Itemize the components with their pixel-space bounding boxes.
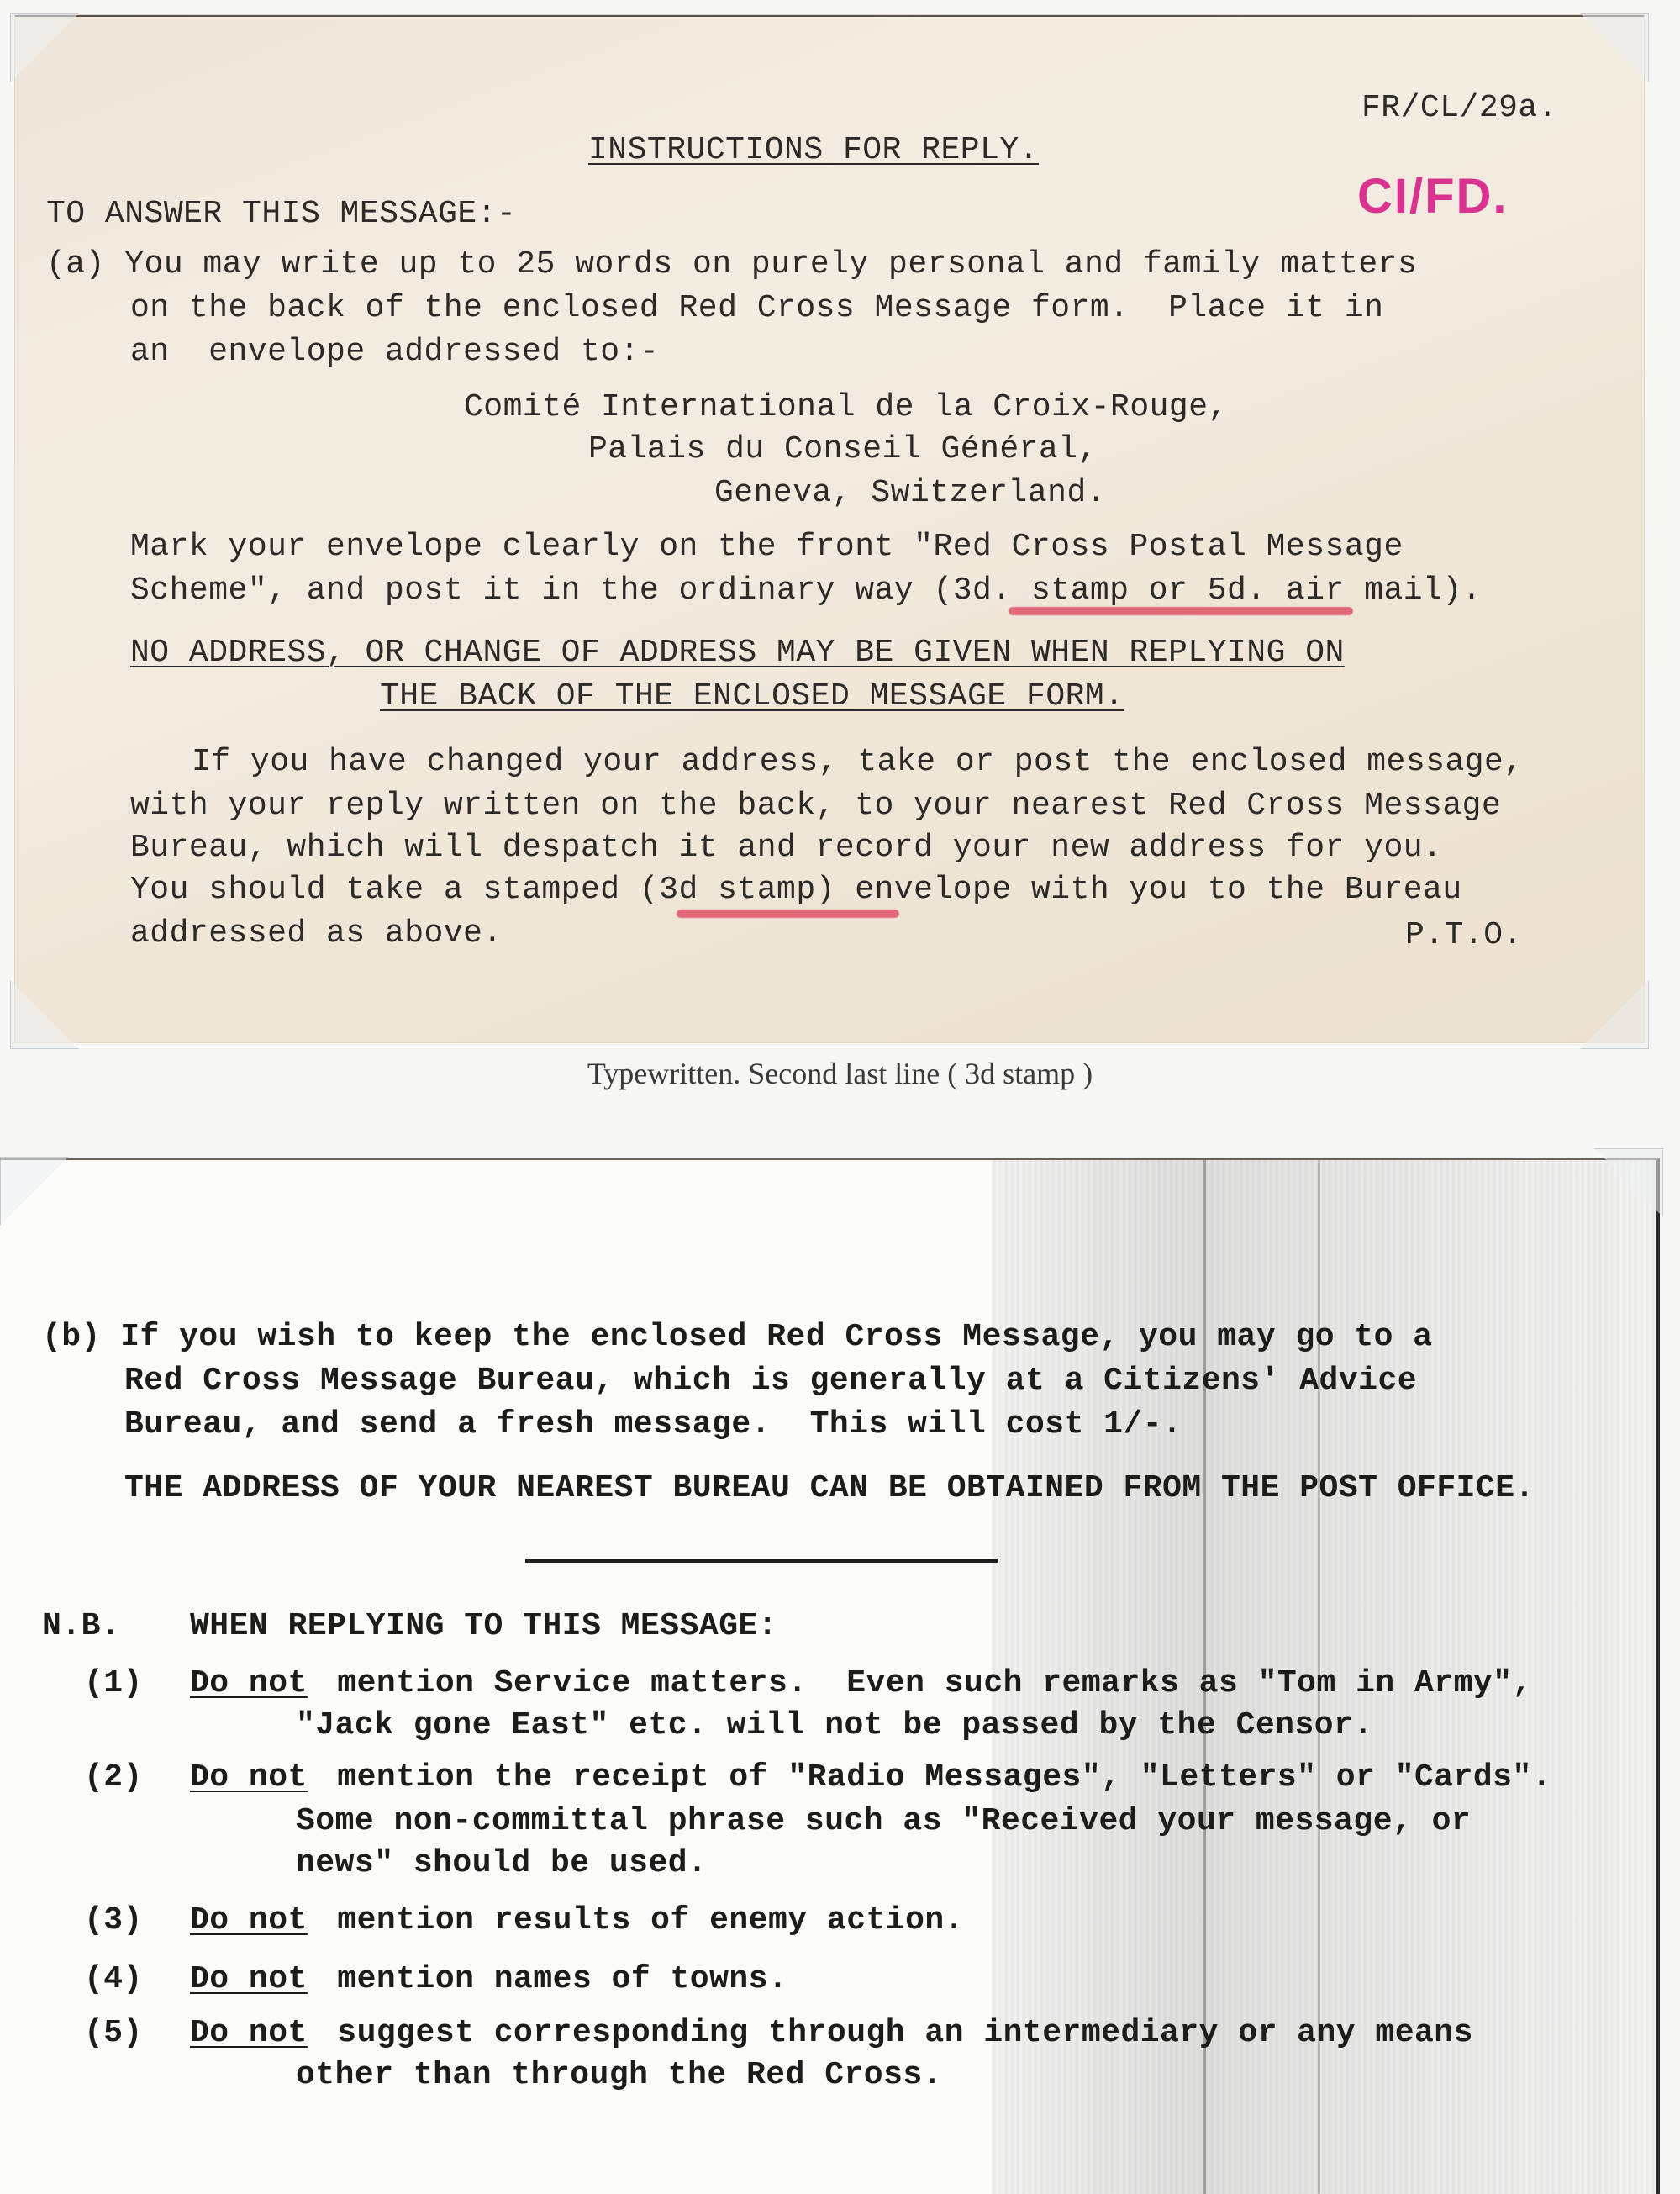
photo-corner: [1594, 1148, 1663, 1217]
divider: [525, 1559, 998, 1563]
nb-heading: WHEN REPLYING TO THIS MESSAGE:: [190, 1607, 777, 1646]
para-a-line: an envelope addressed to:-: [130, 333, 659, 372]
rule-line: news" should be used.: [296, 1844, 707, 1883]
changed-line: You should take a stamped (3d stamp) env…: [130, 871, 1462, 910]
rule-line: suggest corresponding through an interme…: [318, 2014, 1473, 2053]
rule-lead: Do not: [190, 1960, 308, 1999]
para-a-line: on the back of the enclosed Red Cross Me…: [130, 289, 1383, 328]
page-title: INSTRUCTIONS FOR REPLY.: [588, 131, 1039, 170]
red-pencil-underline: [1009, 607, 1353, 615]
rule-number: (3): [84, 1901, 143, 1940]
para-b-line: Bureau, and send a fresh message. This w…: [124, 1406, 1182, 1444]
changed-line: Bureau, which will despatch it and recor…: [130, 829, 1442, 868]
nb-label: N.B.: [42, 1607, 120, 1646]
post-office-note: THE ADDRESS OF YOUR NEAREST BUREAU CAN B…: [124, 1469, 1535, 1508]
photo-corner: [1580, 980, 1649, 1049]
rule-line: mention results of enemy action.: [318, 1901, 964, 1940]
rule-line: other than through the Red Cross.: [296, 2056, 942, 2095]
warning-line: NO ADDRESS, OR CHANGE OF ADDRESS MAY BE …: [130, 634, 1345, 672]
caption: Typewritten. Second last line ( 3d stamp…: [0, 1056, 1680, 1091]
mark-line: Scheme", and post it in the ordinary way…: [130, 572, 1482, 610]
rule-number: (1): [84, 1664, 143, 1703]
rule-number: (4): [84, 1960, 143, 1999]
rule-line: Some non-committal phrase such as "Recei…: [296, 1802, 1471, 1841]
para-b-line: Red Cross Message Bureau, which is gener…: [124, 1362, 1417, 1400]
censor-stamp: CI/FD.: [1357, 168, 1509, 224]
rule-lead: Do not: [190, 1901, 308, 1940]
changed-line: with your reply written on the back, to …: [130, 787, 1501, 825]
para-b-line: (b) If you wish to keep the enclosed Red…: [42, 1318, 1433, 1357]
rule-line: "Jack gone East" etc. will not be passed…: [296, 1706, 1373, 1745]
rule-line: mention names of towns.: [318, 1960, 787, 1999]
rule-number: (5): [84, 2014, 143, 2053]
photo-corner: [10, 13, 79, 82]
photo-corner: [1580, 13, 1649, 82]
changed-line: addressed as above.: [130, 915, 503, 953]
answer-heading: TO ANSWER THIS MESSAGE:-: [46, 195, 516, 234]
red-pencil-underline: [677, 910, 899, 918]
address-line: Comité International de la Croix-Rouge,: [464, 388, 1228, 427]
rule-line: mention Service matters. Even such remar…: [318, 1664, 1532, 1703]
mark-line: Mark your envelope clearly on the front …: [130, 528, 1404, 567]
pto-label: P.T.O.: [1405, 916, 1523, 955]
address-line: Geneva, Switzerland.: [714, 474, 1106, 513]
para-a-line: (a) You may write up to 25 words on pure…: [46, 245, 1417, 284]
rule-lead: Do not: [190, 1759, 308, 1797]
warning-line: THE BACK OF THE ENCLOSED MESSAGE FORM.: [380, 678, 1124, 716]
rule-line: mention the receipt of "Radio Messages",…: [318, 1759, 1551, 1797]
rule-lead: Do not: [190, 2014, 308, 2053]
rule-number: (2): [84, 1759, 143, 1797]
photo-corner: [10, 980, 79, 1049]
form-reference: FR/CL/29a.: [1361, 89, 1557, 128]
photo-corner: [0, 1157, 69, 1226]
changed-line: If you have changed your address, take o…: [192, 743, 1524, 782]
address-line: Palais du Conseil Général,: [588, 430, 1098, 469]
rule-lead: Do not: [190, 1664, 308, 1703]
